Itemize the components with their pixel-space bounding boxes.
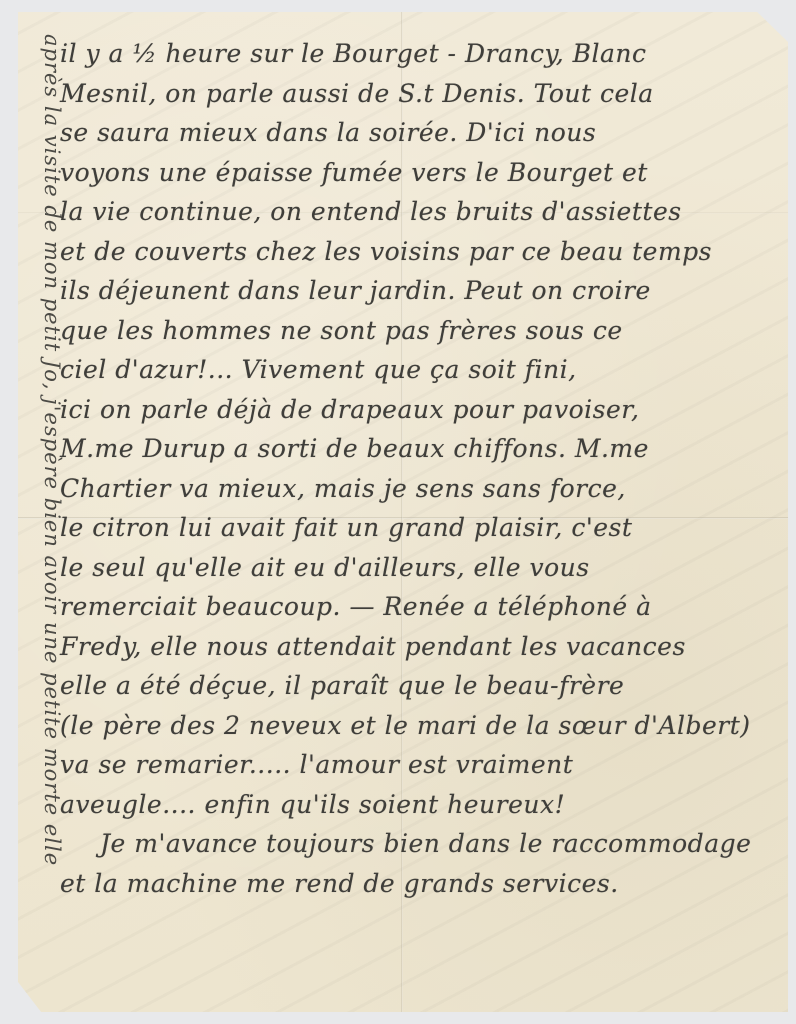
letter-line: aveugle.... enfin qu'ils soient heureux! <box>60 785 790 825</box>
letter-sheet: après la visite de mon petit Jo, j'espèr… <box>18 12 788 1012</box>
letter-line: ici on parle déjà de drapeaux pour pavoi… <box>60 390 790 430</box>
letter-line: et la machine me rend de grands services… <box>60 864 790 904</box>
letter-line: (le père des 2 neveux et le mari de la s… <box>60 706 790 746</box>
letter-line: ils déjeunent dans leur jardin. Peut on … <box>60 271 790 311</box>
letter-line: Je m'avance toujours bien dans le raccom… <box>60 824 790 864</box>
letter-body: il y a ½ heure sur le Bourget - Drancy, … <box>60 34 790 903</box>
letter-line: voyons une épaisse fumée vers le Bourget… <box>60 153 790 193</box>
scanned-page: après la visite de mon petit Jo, j'espèr… <box>0 0 796 1024</box>
letter-line: Chartier va mieux, mais je sens sans for… <box>60 469 790 509</box>
letter-line: elle a été déçue, il paraît que le beau-… <box>60 666 790 706</box>
letter-line: que les hommes ne sont pas frères sous c… <box>60 311 790 351</box>
letter-line: le citron lui avait fait un grand plaisi… <box>60 508 790 548</box>
letter-line: ciel d'azur!... Vivement que ça soit fin… <box>60 350 790 390</box>
letter-line: va se remarier..... l'amour est vraiment <box>60 745 790 785</box>
letter-line: il y a ½ heure sur le Bourget - Drancy, … <box>60 34 790 74</box>
letter-line: se saura mieux dans la soirée. D'ici nou… <box>60 113 790 153</box>
letter-line: le seul qu'elle ait eu d'ailleurs, elle … <box>60 548 790 588</box>
letter-line: Fredy, elle nous attendait pendant les v… <box>60 627 790 667</box>
letter-line: remerciait beaucoup. — Renée a téléphoné… <box>60 587 790 627</box>
letter-line: Mesnil, on parle aussi de S.t Denis. Tou… <box>60 74 790 114</box>
letter-line: M.me Durup a sorti de beaux chiffons. M.… <box>60 429 790 469</box>
letter-line: la vie continue, on entend les bruits d'… <box>60 192 790 232</box>
letter-line: et de couverts chez les voisins par ce b… <box>60 232 790 272</box>
